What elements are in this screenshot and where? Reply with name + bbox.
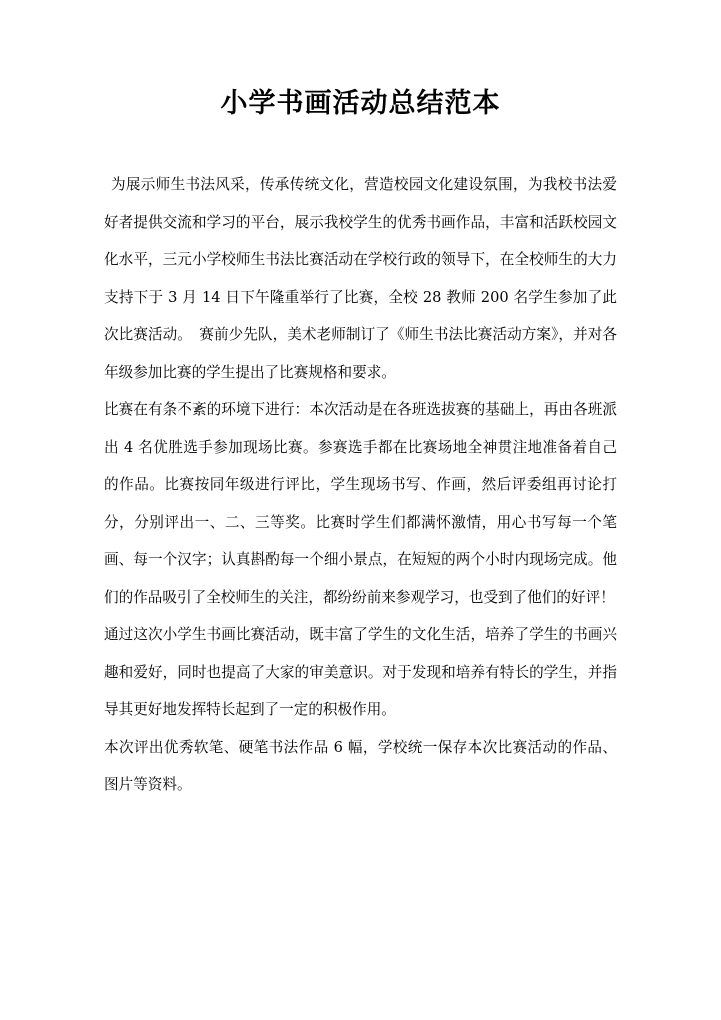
document-page: 小学书画活动总结范本 为展示师生书法风采，传承传统文化，营造校园文化建设氛围，为…	[0, 0, 721, 1020]
paragraph-intro: 为展示师生书法风采，传承传统文化，营造校园文化建设氛围，为我校书法爱好者提供交流…	[104, 166, 617, 391]
document-body: 为展示师生书法风采，传承传统文化，营造校园文化建设氛围，为我校书法爱好者提供交流…	[104, 166, 617, 804]
paragraph-competition-process: 比赛在有条不紊的环境下进行：本次活动是在各班选拔赛的基础上，再由各班派出 4 名…	[104, 391, 617, 616]
paragraph-activity-benefits: 通过这次小学生书画比赛活动，既丰富了学生的文化生活，培养了学生的书画兴趣和爱好，…	[104, 616, 617, 729]
paragraph-awards-archive: 本次评出优秀软笔、硬笔书法作品 6 幅，学校统一保存本次比赛活动的作品、图片等资…	[104, 729, 617, 804]
document-title: 小学书画活动总结范本	[104, 0, 617, 122]
